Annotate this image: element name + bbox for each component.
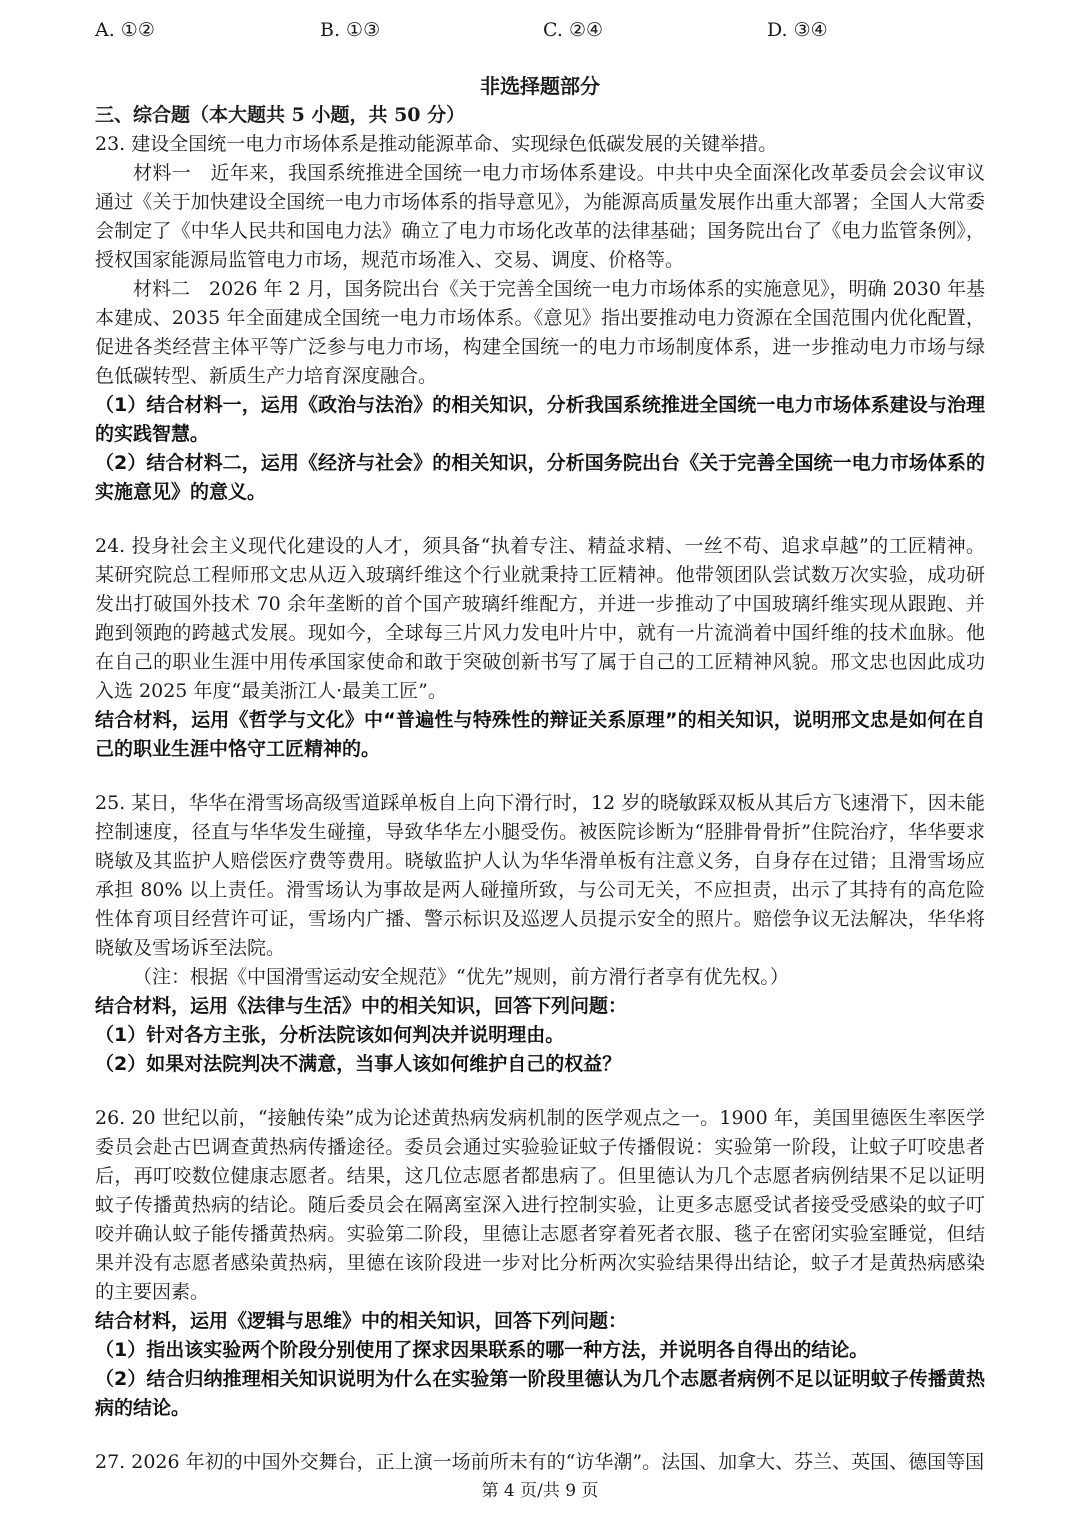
q26-task: 结合材料，运用《逻辑与思维》中的相关知识，回答下列问题：: [95, 1307, 985, 1336]
option-d: D. ③④: [767, 16, 985, 45]
page-number-footer: 第 4 页/共 9 页: [0, 1476, 1080, 1501]
q25-note: （注：根据《中国滑雪运动安全规范》“优先”规则，前方滑行者享有优先权。）: [95, 963, 985, 992]
section-header: 非选择题部分: [95, 72, 985, 101]
option-a: A. ①②: [95, 16, 320, 45]
q25-body: 25. 某日，华华在滑雪场高级雪道踩单板自上向下滑行时，12 岁的晓敏踩双板从其…: [95, 789, 985, 963]
q25-sub-question-2: （2）如果对法院判决不满意，当事人该如何维护自己的权益？: [95, 1050, 985, 1079]
q26-sub-question-2: （2）结合归纳推理相关知识说明为什么在实验第一阶段里德认为几个志愿者病例不足以证…: [95, 1365, 985, 1423]
q24-body: 24. 投身社会主义现代化建设的人才，须具备“执着专注、精益求精、一丝不苟、追求…: [95, 532, 985, 706]
answer-options-row: A. ①② B. ①③ C. ②④ D. ③④: [95, 16, 985, 45]
q26-body: 26. 20 世纪以前，“接触传染”成为论述黄热病发病机制的医学观点之一。190…: [95, 1104, 985, 1307]
q26-sub-question-1: （1）指出该实验两个阶段分别使用了探求因果联系的哪一种方法，并说明各自得出的结论…: [95, 1336, 985, 1365]
q27-intro: 27. 2026 年初的中国外交舞台，正上演一场前所未有的“访华潮”。法国、加拿…: [95, 1448, 985, 1477]
q23-sub-question-1: （1）结合材料一，运用《政治与法治》的相关知识，分析我国系统推进全国统一电力市场…: [95, 391, 985, 449]
q23-material-1: 材料一 近年来，我国系统推进全国统一电力市场体系建设。中共中央全面深化改革委员会…: [95, 159, 985, 275]
q23-sub-question-2: （2）结合材料二，运用《经济与社会》的相关知识，分析国务院出台《关于完善全国统一…: [95, 449, 985, 507]
q23-intro: 23. 建设全国统一电力市场体系是推动能源革命、实现绿色低碳发展的关键举措。: [95, 130, 985, 159]
page-content: A. ①② B. ①③ C. ②④ D. ③④ 非选择题部分三、综合题（本大题共…: [95, 16, 985, 1477]
option-c: C. ②④: [543, 16, 767, 45]
exam-paper-page: A. ①② B. ①③ C. ②④ D. ③④ 非选择题部分三、综合题（本大题共…: [0, 0, 1080, 1528]
q25-task: 结合材料，运用《法律与生活》中的相关知识，回答下列问题：: [95, 992, 985, 1021]
q24-task: 结合材料，运用《哲学与文化》中“普遍性与特殊性的辩证关系原理”的相关知识，说明邢…: [95, 706, 985, 764]
content-blocks: 非选择题部分三、综合题（本大题共 5 小题，共 50 分）23. 建设全国统一电…: [95, 72, 985, 1477]
q23-material-2: 材料二 2026 年 2 月，国务院出台《关于完善全国统一电力市场体系的实施意见…: [95, 275, 985, 391]
option-b: B. ①③: [320, 16, 543, 45]
section-title: 三、综合题（本大题共 5 小题，共 50 分）: [95, 101, 985, 130]
q25-sub-question-1: （1）针对各方主张，分析法院该如何判决并说明理由。: [95, 1021, 985, 1050]
